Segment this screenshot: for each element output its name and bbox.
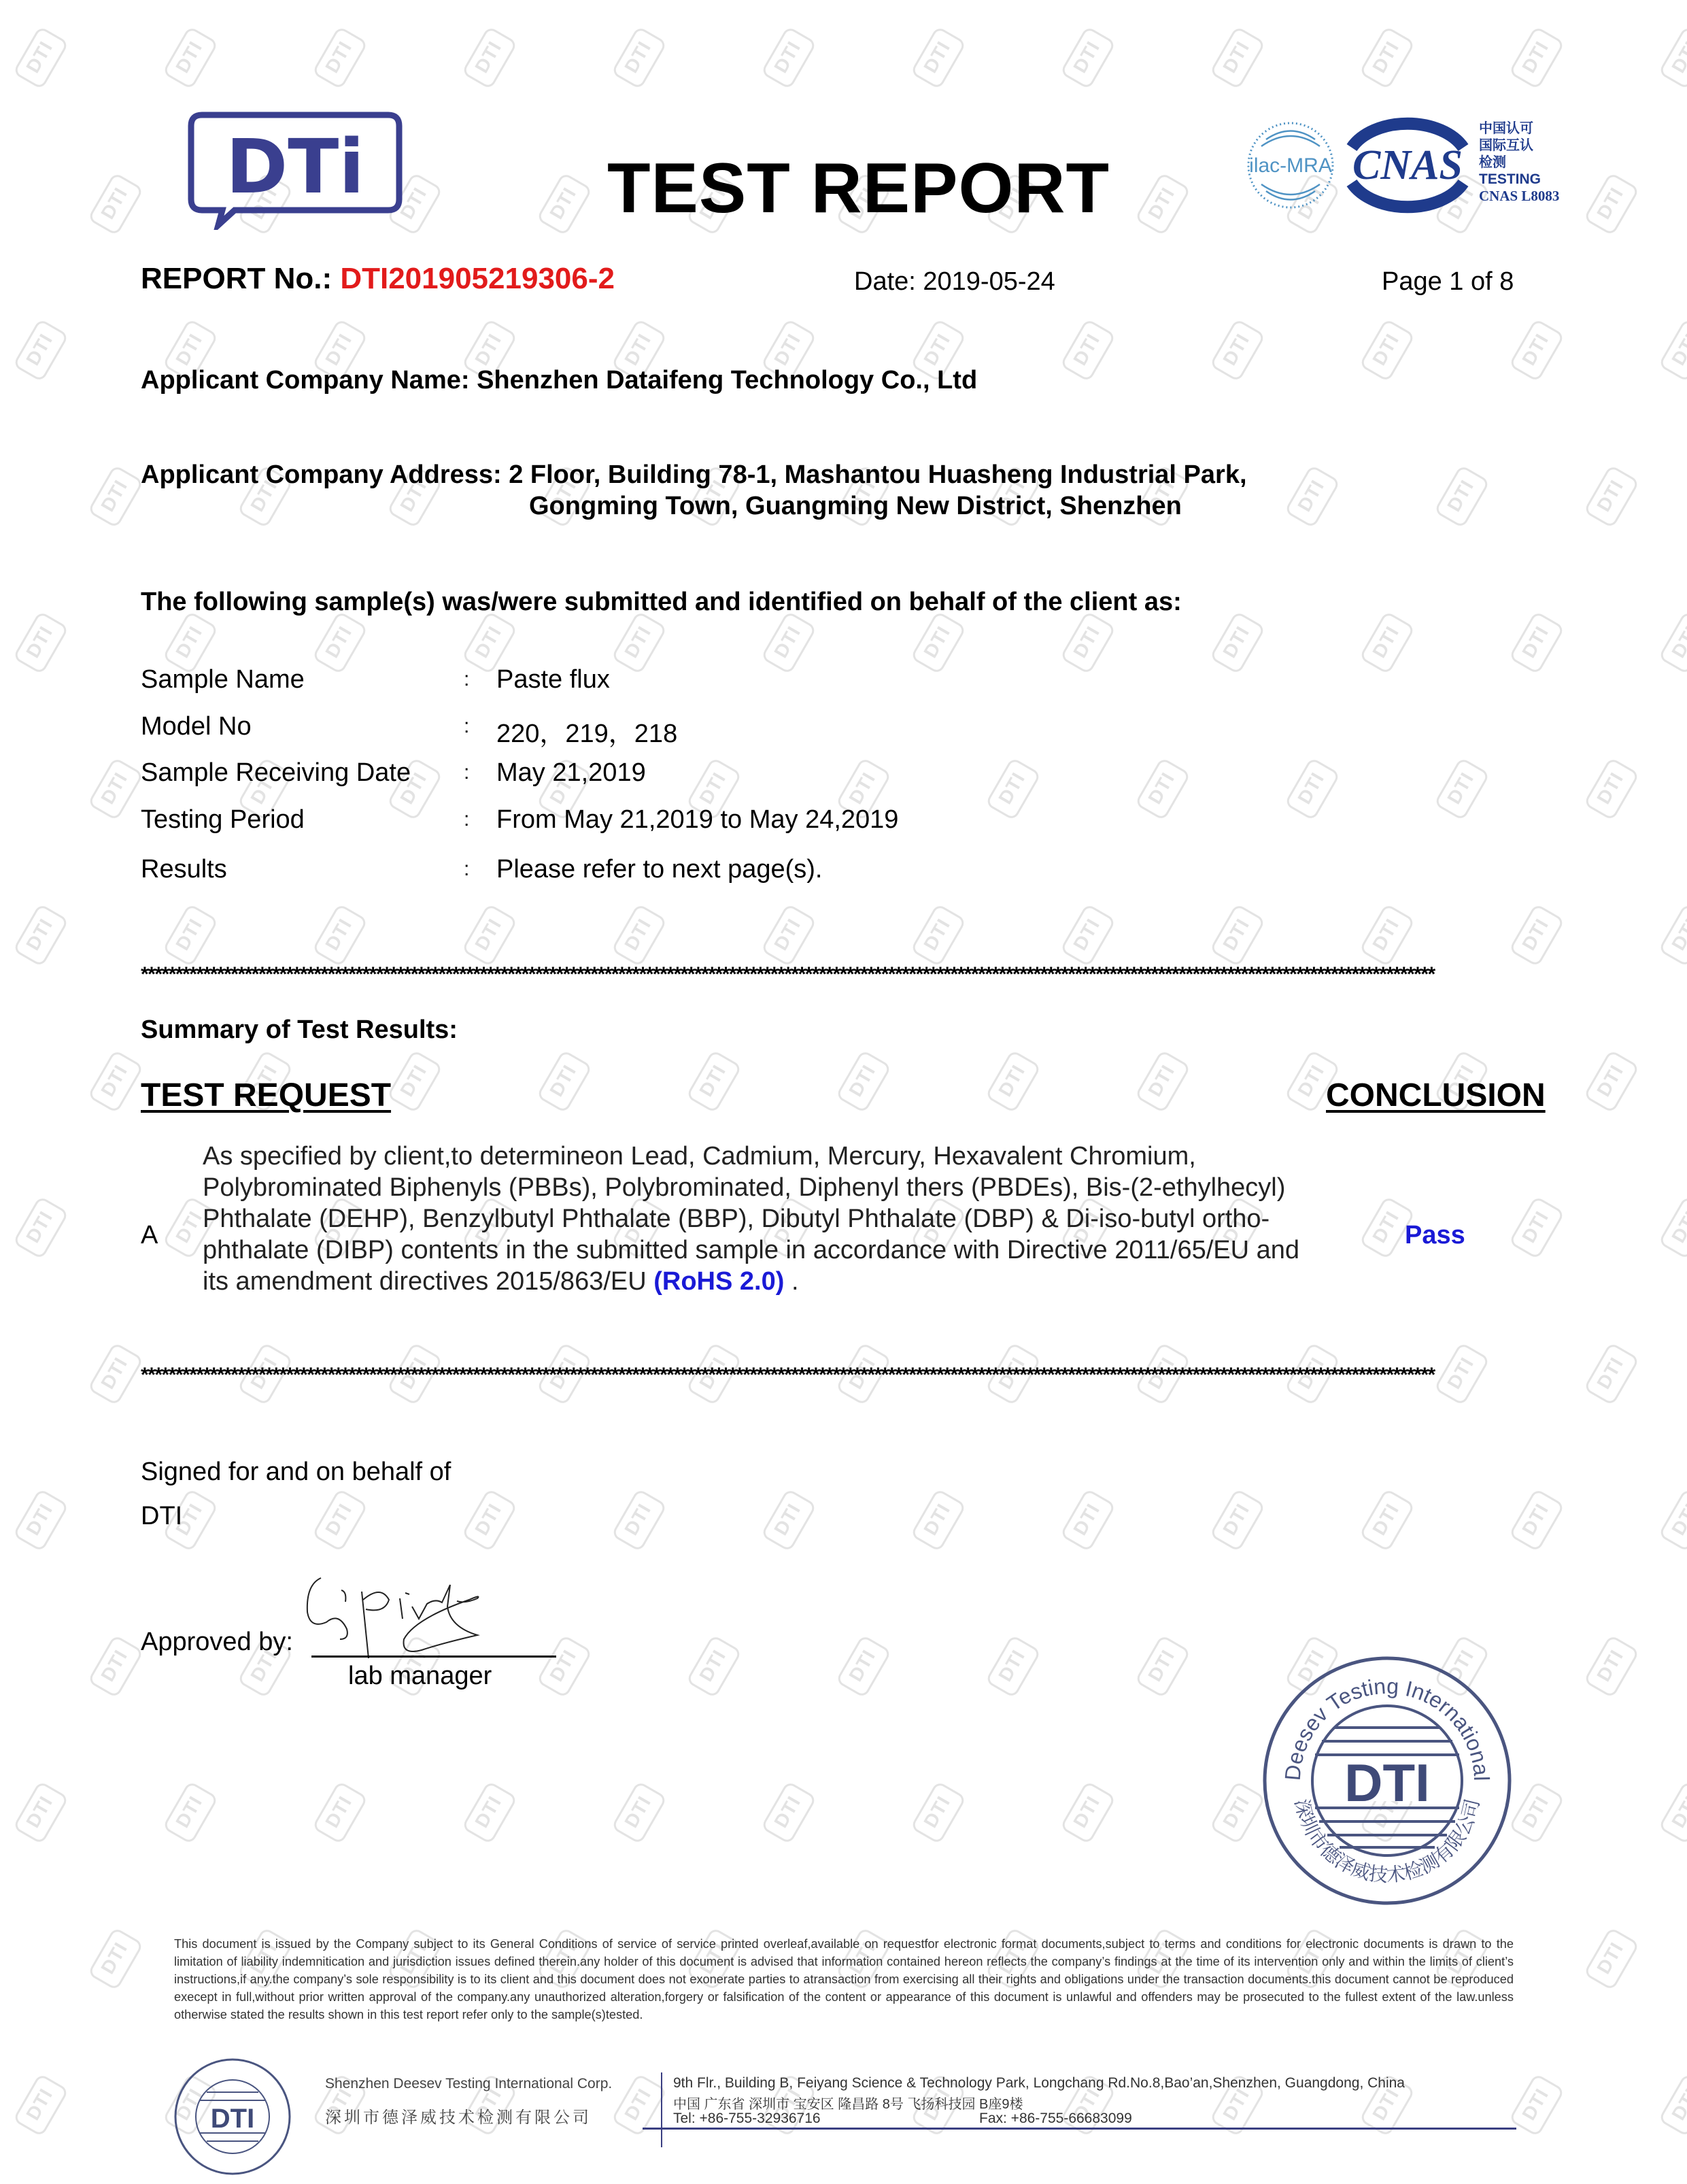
watermark-dti: DTI — [536, 172, 592, 236]
sample-info-colon: : — [464, 858, 469, 881]
signed-for-label: Signed for and on behalf of — [141, 1458, 451, 1487]
disclaimer-text: This document is issued by the Company s… — [174, 1935, 1514, 2023]
watermark-dti: DTI — [1059, 1488, 1116, 1552]
summary-item-text: As specified by client,to determineon Le… — [203, 1141, 1331, 1297]
watermark-dti: DTI — [685, 1049, 742, 1113]
watermark-dti: DTI — [611, 903, 667, 967]
watermark-dti: DTI — [1209, 318, 1265, 382]
watermark-dti: DTI — [1508, 26, 1565, 90]
footer-stamp-logo-icon: DTI — [171, 2055, 294, 2178]
sample-info-value: May 21,2019 — [496, 758, 646, 788]
sample-info-label: Results — [141, 855, 227, 884]
watermark-dti: DTI — [760, 903, 817, 967]
watermark-dti: DTI — [461, 903, 517, 967]
watermark-dti: DTI — [910, 611, 966, 675]
report-number: REPORT No.: DTI201905219306-2 — [141, 262, 615, 296]
separator-stars: ****************************************… — [141, 964, 1548, 985]
watermark-dti: DTI — [1059, 318, 1116, 382]
conclusion-header: CONCLUSION — [1326, 1077, 1546, 1114]
watermark-dti: DTI — [1284, 757, 1340, 821]
sample-info-value: From May 21,2019 to May 24,2019 — [496, 805, 898, 835]
watermark-dti: DTI — [87, 1049, 143, 1113]
footer-fax: Fax: +86-755-66683099 — [979, 2111, 1132, 2127]
conclusion-pass: Pass — [1405, 1221, 1465, 1250]
svg-text:TESTING: TESTING — [1479, 171, 1541, 187]
separator-stars-bottom: ****************************************… — [141, 1365, 1548, 1385]
watermark-dti: DTI — [1209, 26, 1265, 90]
watermark-dti: DTI — [1658, 1196, 1687, 1260]
watermark-dti: DTI — [760, 1488, 817, 1552]
watermark-dti: DTI — [12, 26, 69, 90]
watermark-dti: DTI — [1284, 465, 1340, 528]
watermark-dti: DTI — [311, 611, 368, 675]
watermark-dti: DTI — [1508, 1488, 1565, 1552]
sample-info-label: Sample Receiving Date — [141, 758, 411, 788]
watermark-dti: DTI — [162, 903, 218, 967]
watermark-dti: DTI — [87, 1927, 143, 1991]
watermark-dti: DTI — [760, 1781, 817, 1845]
watermark-dti: DTI — [461, 1488, 517, 1552]
svg-text:中国认可: 中国认可 — [1479, 120, 1533, 136]
watermark-dti: DTI — [760, 26, 817, 90]
svg-text:CNAS: CNAS — [1352, 142, 1463, 188]
watermark-dti: DTI — [12, 1781, 69, 1845]
watermark-dti: DTI — [1658, 611, 1687, 675]
svg-text:国际互认: 国际互认 — [1479, 137, 1533, 153]
ilac-mra-icon: ilac-MRA — [1248, 123, 1333, 207]
watermark-dti: DTI — [1508, 611, 1565, 675]
report-date-value: 2019-05-24 — [923, 267, 1055, 296]
footer-telephone: Tel: +86-755-32936716 — [673, 2111, 821, 2127]
watermark-dti: DTI — [461, 1781, 517, 1845]
watermark-dti: DTI — [1209, 1488, 1265, 1552]
watermark-dti: DTI — [1583, 1342, 1639, 1406]
watermark-dti: DTI — [311, 26, 368, 90]
rohs-highlight: (RoHS 2.0) — [653, 1267, 784, 1296]
watermark-dti: DTI — [760, 611, 817, 675]
watermark-dti: DTI — [835, 1049, 891, 1113]
svg-text:DTI: DTI — [211, 2104, 254, 2134]
watermark-dti: DTI — [87, 1342, 143, 1406]
watermark-dti: DTI — [1583, 1634, 1639, 1698]
watermark-dti: DTI — [1658, 1781, 1687, 1845]
watermark-dti: DTI — [386, 1049, 443, 1113]
footer-address-cn: 中国 广东省 深圳市 宝安区 隆昌路 8号 飞扬科技园 B座9楼 — [673, 2093, 1023, 2113]
watermark-dti: DTI — [611, 1781, 667, 1845]
footer-address-en: 9th Flr., Building B, Feiyang Science & … — [673, 2075, 1405, 2091]
watermark-dti: DTI — [1134, 1049, 1191, 1113]
watermark-dti: DTI — [12, 611, 69, 675]
watermark-dti: DTI — [162, 26, 218, 90]
watermark-dti: DTI — [1508, 1781, 1565, 1845]
watermark-dti: DTI — [985, 1049, 1041, 1113]
applicant-company-address-line2: Gongming Town, Guangming New District, S… — [529, 492, 1182, 521]
svg-text:DTi: DTi — [226, 123, 364, 210]
applicant-company-name: Applicant Company Name: Shenzhen Dataife… — [141, 366, 977, 395]
sample-intro: The following sample(s) was/were submitt… — [141, 588, 1182, 617]
watermark-dti: DTI — [1433, 465, 1490, 528]
watermark-dti: DTI — [1134, 1634, 1191, 1698]
watermark-dti: DTI — [1059, 1781, 1116, 1845]
page-title: TEST REPORT — [607, 153, 1110, 224]
report-number-label: REPORT No.: — [141, 262, 340, 295]
sample-info-colon: : — [464, 761, 469, 784]
watermark-dti: DTI — [12, 1196, 69, 1260]
footer-divider-horizontal — [643, 2128, 1516, 2130]
watermark-dti: DTI — [1658, 318, 1687, 382]
watermark-dti: DTI — [162, 1781, 218, 1845]
sample-info-colon: : — [464, 808, 469, 831]
sample-info-colon: : — [464, 668, 469, 691]
sample-info-label: Sample Name — [141, 665, 305, 694]
watermark-dti: DTI — [685, 1634, 742, 1698]
svg-text:CNAS L8083: CNAS L8083 — [1479, 188, 1559, 204]
watermark-dti: DTI — [1508, 2073, 1565, 2137]
sample-info-value: Paste flux — [496, 665, 610, 694]
watermark-dti: DTI — [1433, 757, 1490, 821]
watermark-dti: DTI — [910, 1781, 966, 1845]
watermark-dti: DTI — [1658, 1488, 1687, 1552]
report-date: Date: 2019-05-24 — [854, 267, 1055, 297]
sample-info-value: Please refer to next page(s). — [496, 855, 822, 884]
watermark-dti: DTI — [1359, 26, 1415, 90]
summary-item-letter: A — [141, 1221, 158, 1250]
footer-divider-vertical — [661, 2072, 662, 2147]
watermark-dti: DTI — [12, 318, 69, 382]
watermark-dti: DTI — [311, 1781, 368, 1845]
watermark-dti: DTI — [1134, 757, 1191, 821]
watermark-dti: DTI — [1583, 465, 1639, 528]
watermark-dti: DTI — [1658, 903, 1687, 967]
watermark-dti: DTI — [87, 172, 143, 236]
watermark-dti: DTI — [611, 611, 667, 675]
page-indicator: Page 1 of 8 — [1382, 267, 1514, 297]
watermark-dti: DTI — [311, 1488, 368, 1552]
watermark-dti: DTI — [1508, 1196, 1565, 1260]
sample-info-value: 220，219，218 — [496, 712, 677, 750]
watermark-dti: DTI — [1359, 611, 1415, 675]
svg-text:检测: 检测 — [1479, 154, 1506, 170]
company-stamp-icon: DTI Deesev Testing International 深圳市德泽威技… — [1259, 1653, 1515, 1909]
watermark-dti: DTI — [611, 1488, 667, 1552]
sample-info-label: Testing Period — [141, 805, 305, 835]
signed-organization: DTI — [141, 1502, 182, 1531]
watermark-dti: DTI — [1059, 903, 1116, 967]
signature-line — [311, 1656, 556, 1658]
watermark-dti: DTI — [835, 1634, 891, 1698]
svg-text:ilac-MRA: ilac-MRA — [1249, 154, 1332, 177]
watermark-dti: DTI — [1134, 172, 1191, 236]
watermark-dti: DTI — [910, 903, 966, 967]
watermark-dti: DTI — [1209, 903, 1265, 967]
applicant-company-address: Applicant Company Address: 2 Floor, Buil… — [141, 460, 1247, 490]
test-request-header: TEST REQUEST — [141, 1077, 391, 1114]
watermark-dti: DTI — [461, 26, 517, 90]
watermark-dti: DTI — [12, 2073, 69, 2137]
watermark-dti: DTI — [311, 903, 368, 967]
signature-icon — [299, 1564, 558, 1660]
watermark-dti: DTI — [1359, 1488, 1415, 1552]
watermark-dti: DTI — [910, 26, 966, 90]
sample-info-label: Model No — [141, 712, 252, 741]
summary-title: Summary of Test Results: — [141, 1015, 458, 1045]
watermark-dti: DTI — [1059, 611, 1116, 675]
sample-info-colon: : — [464, 715, 469, 738]
summary-item-tail: . — [784, 1267, 798, 1296]
signer-role: lab manager — [348, 1662, 492, 1691]
watermark-dti: DTI — [1209, 1781, 1265, 1845]
accreditation-logos: ilac-MRA CNAS 中国认可 国际互认 检测 TESTING CNAS … — [1244, 112, 1584, 218]
watermark-dti: DTI — [1583, 757, 1639, 821]
watermark-dti: DTI — [1583, 1049, 1639, 1113]
watermark-dti: DTI — [1583, 172, 1639, 236]
watermark-dti: DTI — [87, 465, 143, 528]
svg-text:DTI: DTI — [1344, 1753, 1430, 1813]
watermark-dti: DTI — [1059, 26, 1116, 90]
watermark-dti: DTI — [87, 1634, 143, 1698]
watermark-dti: DTI — [536, 1049, 592, 1113]
watermark-dti: DTI — [12, 1488, 69, 1552]
watermark-dti: DTI — [985, 757, 1041, 821]
watermark-dti: DTI — [87, 757, 143, 821]
watermark-dti: DTI — [1658, 26, 1687, 90]
watermark-dti: DTI — [1209, 611, 1265, 675]
footer-company-name-cn: 深圳市德泽威技术检测有限公司 — [325, 2104, 592, 2128]
watermark-dti: DTI — [12, 903, 69, 967]
approved-by-label: Approved by: — [141, 1628, 293, 1657]
footer-company-name-en: Shenzhen Deesev Testing International Co… — [325, 2076, 612, 2092]
dti-logo: DTi — [187, 111, 403, 230]
watermark-dti: DTI — [1359, 318, 1415, 382]
watermark-dti: DTI — [1508, 903, 1565, 967]
report-number-value: DTI201905219306-2 — [340, 262, 615, 295]
watermark-dti: DTI — [1508, 318, 1565, 382]
report-date-label: Date: — [854, 267, 923, 296]
watermark-dti: DTI — [611, 26, 667, 90]
cnas-icon: CNAS — [1352, 124, 1463, 207]
watermark-dti: DTI — [910, 1488, 966, 1552]
watermark-dti: DTI — [1359, 903, 1415, 967]
watermark-dti: DTI — [985, 1634, 1041, 1698]
watermark-dti: DTI — [1583, 1927, 1639, 1991]
watermark-dti: DTI — [1658, 2073, 1687, 2137]
